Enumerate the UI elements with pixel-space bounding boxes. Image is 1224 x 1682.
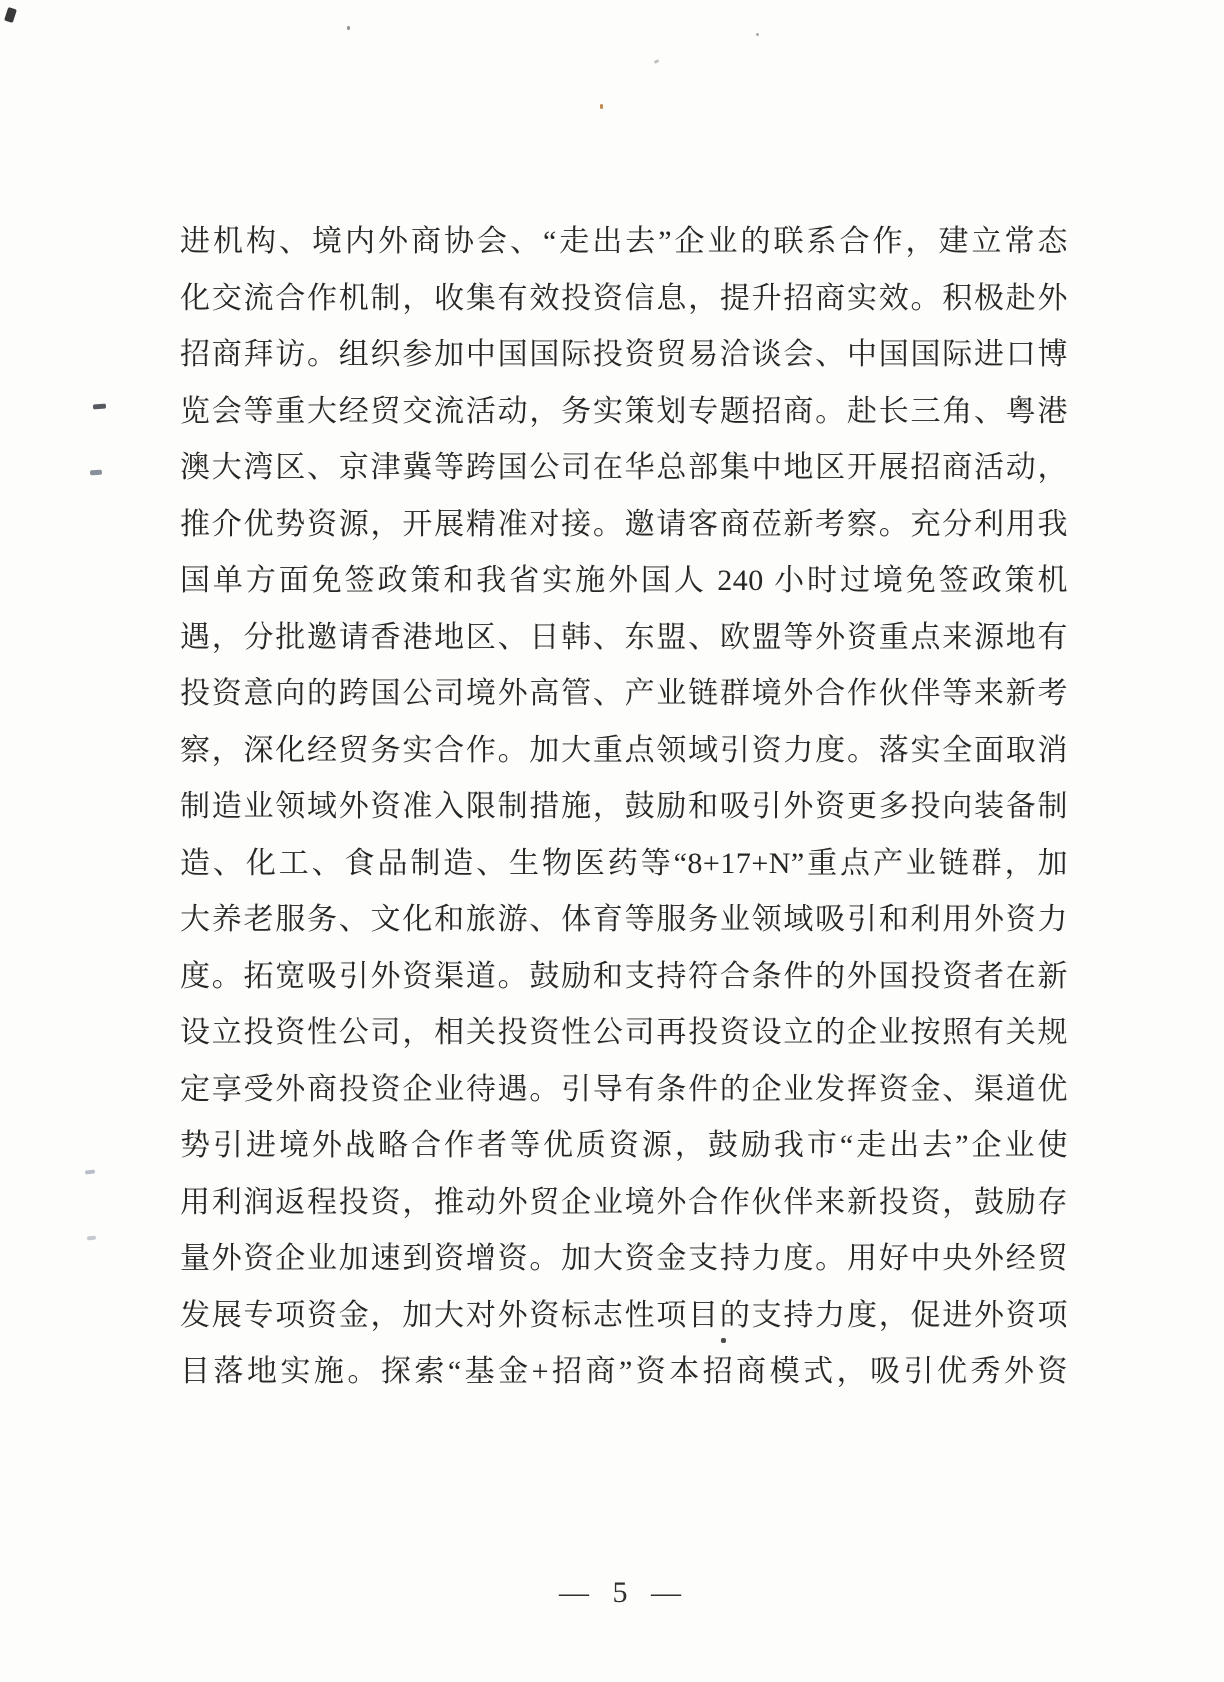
document-page: 进机构、境内外商协会、“走出去”企业的联系合作，建立常态 化交流合作机制，收集有… [0,0,1224,1682]
body-text-line: 大养老服务、文化和旅游、体育等服务业领域吸引和利用外资力 [180,892,1068,949]
body-text-line: 造、化工、食品制造、生物医药等“8+17+N”重点产业链群，加 [180,836,1068,893]
body-text-line: 制造业领域外资准入限制措施，鼓励和吸引外资更多投向装备制 [180,779,1068,836]
body-text-line: 度。拓宽吸引外资渠道。鼓励和支持符合条件的外国投资者在新 [180,949,1068,1006]
body-text-line: 澳大湾区、京津冀等跨国公司在华总部集中地区开展招商活动， [180,440,1068,497]
body-text-line: 推介优势资源，开展精准对接。邀请客商莅新考察。充分利用我 [180,497,1068,554]
scan-speck [85,1169,95,1174]
scan-speck [87,1236,96,1241]
body-text-line: 势引进境外战略合作者等优质资源，鼓励我市“走出去”企业使 [180,1118,1068,1175]
body-text-line: 量外资企业加速到资增资。加大资金支持力度。用好中央外经贸 [180,1231,1068,1288]
body-text: 进机构、境内外商协会、“走出去”企业的联系合作，建立常态 化交流合作机制，收集有… [180,214,1068,1401]
scan-speck [93,404,106,410]
body-text-line: 招商拜访。组织参加中国国际投资贸易洽谈会、中国国际进口博 [180,327,1068,384]
body-text-line: 化交流合作机制，收集有效投资信息，提升招商实效。积极赴外 [180,271,1068,328]
body-text-line: 目落地实施。探索“基金+招商”资本招商模式，吸引优秀外资 [180,1344,1068,1401]
page-number: — 5 — [180,1576,1068,1610]
body-text-line: 国单方面免签政策和我省实施外国人 240 小时过境免签政策机 [180,553,1068,610]
scan-speck [756,33,759,36]
body-text-line: 用利润返程投资，推动外贸企业境外合作伙伴来新投资，鼓励存 [180,1175,1068,1232]
body-text-line: 投资意向的跨国公司境外高管、产业链群境外合作伙伴等来新考 [180,666,1068,723]
body-text-line: 察，深化经贸务实合作。加大重点领域引资力度。落实全面取消 [180,723,1068,780]
body-text-line: 设立投资性公司，相关投资性公司再投资设立的企业按照有关规 [180,1005,1068,1062]
scan-speck [90,470,102,476]
body-text-line: 定享受外商投资企业待遇。引导有条件的企业发挥资金、渠道优 [180,1062,1068,1119]
scan-speck [600,104,603,109]
scan-speck [347,26,350,30]
scan-speck [654,59,660,64]
body-text-line: 览会等重大经贸交流活动，务实策划专题招商。赴长三角、粤港 [180,384,1068,441]
body-text-line: 遇，分批邀请香港地区、日韩、东盟、欧盟等外资重点来源地有 [180,610,1068,667]
body-text-line: 进机构、境内外商协会、“走出去”企业的联系合作，建立常态 [180,214,1068,271]
body-text-line: 发展专项资金，加大对外资标志性项目的支持力度，促进外资项 [180,1288,1068,1345]
scan-speck [4,7,17,23]
